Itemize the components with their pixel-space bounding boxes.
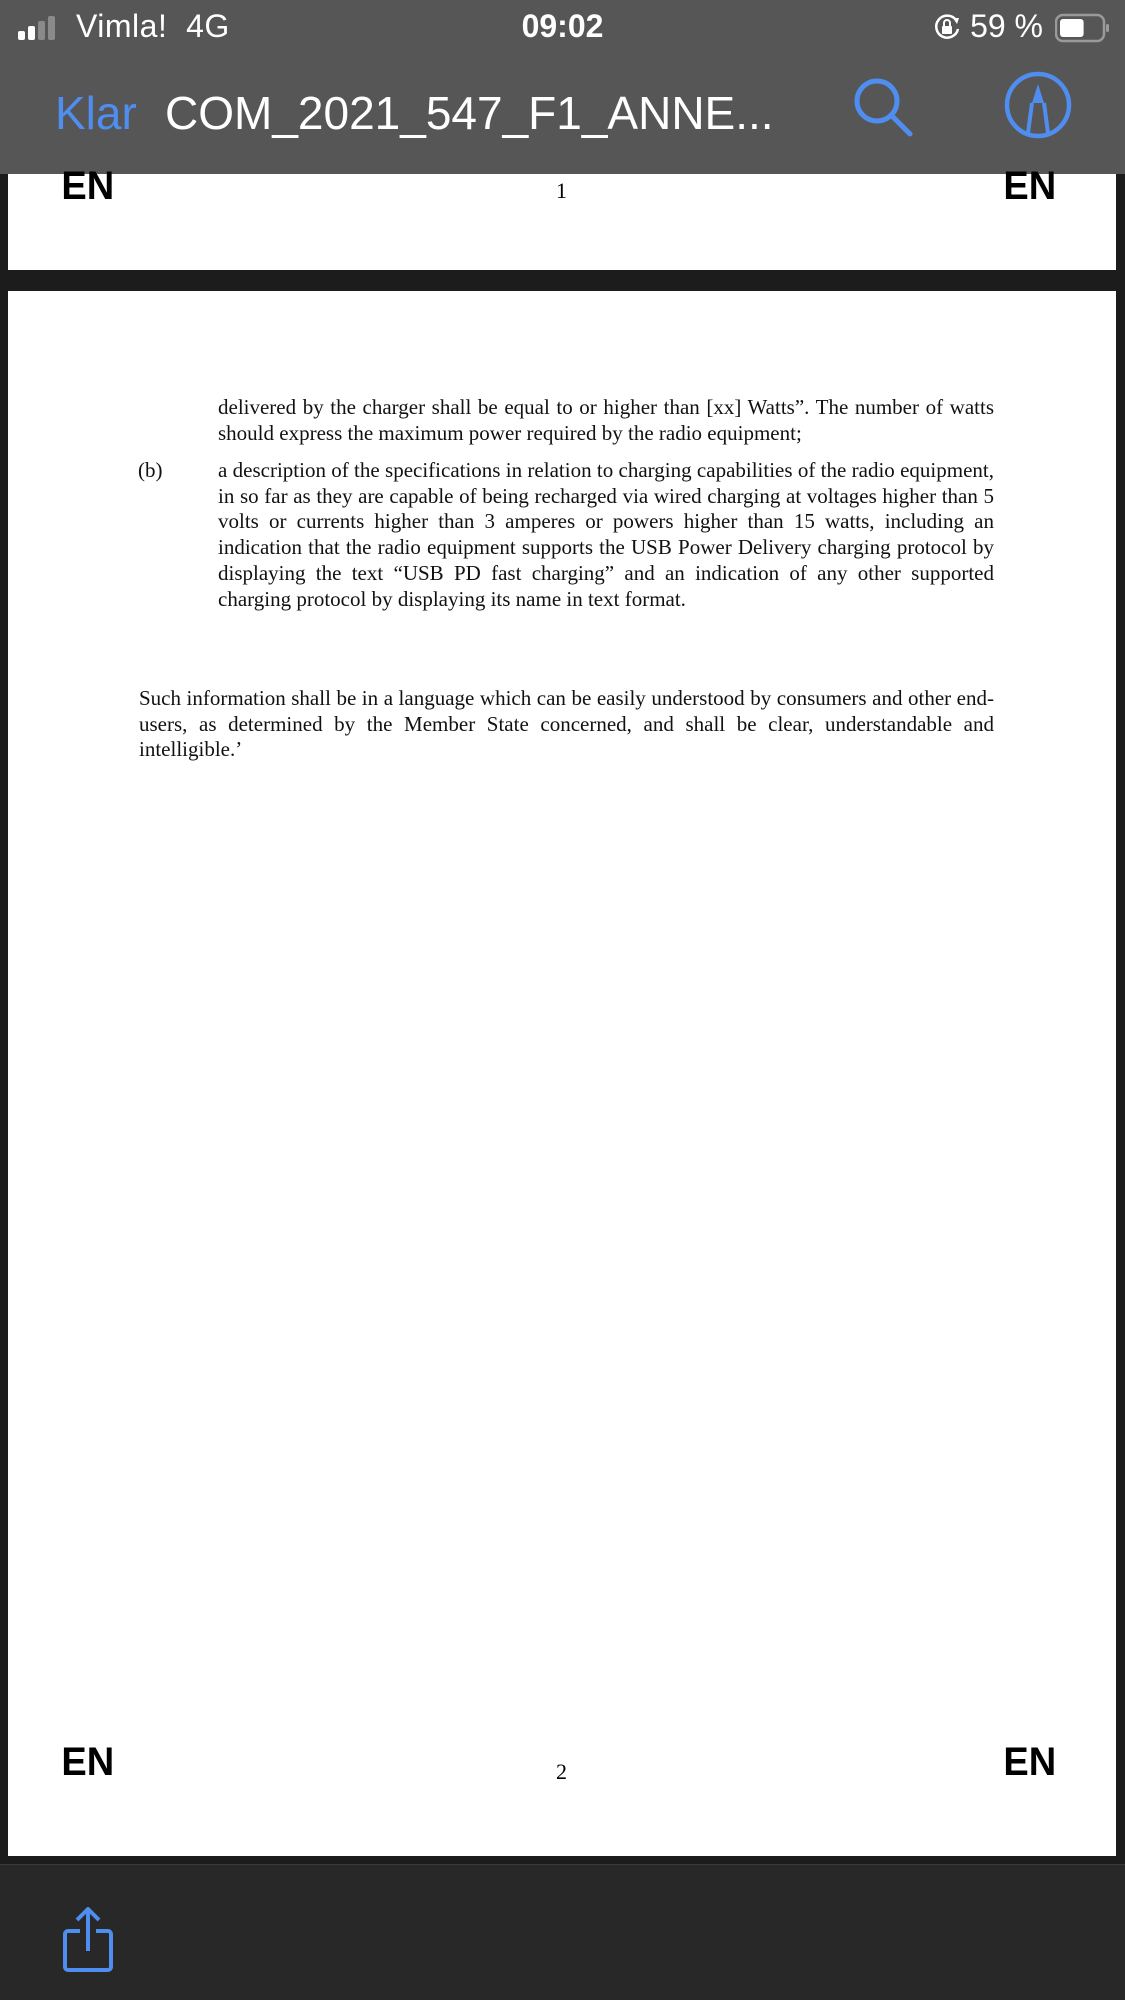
item-b-paragraph: a description of the specifications in r… <box>218 458 994 612</box>
page-2-language-label-left: EN <box>61 1740 114 1785</box>
status-bar: Vimla! 4G 09:02 59 % <box>0 0 1125 56</box>
continuation-paragraph: delivered by the charger shall be equal … <box>218 395 994 446</box>
right-status: 59 % <box>932 8 1043 45</box>
closing-paragraph: Such information shall be in a language … <box>139 686 994 763</box>
markup-icon[interactable] <box>1003 70 1073 140</box>
battery-percent: 59 % <box>970 8 1043 45</box>
page-2-number: 2 <box>556 1759 567 1785</box>
search-icon[interactable] <box>850 74 916 140</box>
nav-bar: Klar COM_2021_547_F1_ANNE... <box>0 56 1125 174</box>
page-1-language-label-left: EN <box>61 164 114 209</box>
share-icon[interactable] <box>58 1905 118 1975</box>
page-1-language-label-right: EN <box>1003 164 1056 209</box>
done-button[interactable]: Klar <box>55 86 137 140</box>
bottom-toolbar <box>0 1864 1125 2000</box>
rotation-lock-icon <box>932 12 962 42</box>
page-2-language-label-right: EN <box>1003 1740 1056 1785</box>
item-b-label: (b) <box>138 458 163 483</box>
document-title: COM_2021_547_F1_ANNE... <box>165 86 774 140</box>
document-page-1: EN 1 EN <box>8 174 1116 270</box>
battery-icon <box>1055 13 1111 43</box>
document-page-2: delivered by the charger shall be equal … <box>8 291 1116 1856</box>
page-1-number: 1 <box>556 178 567 204</box>
